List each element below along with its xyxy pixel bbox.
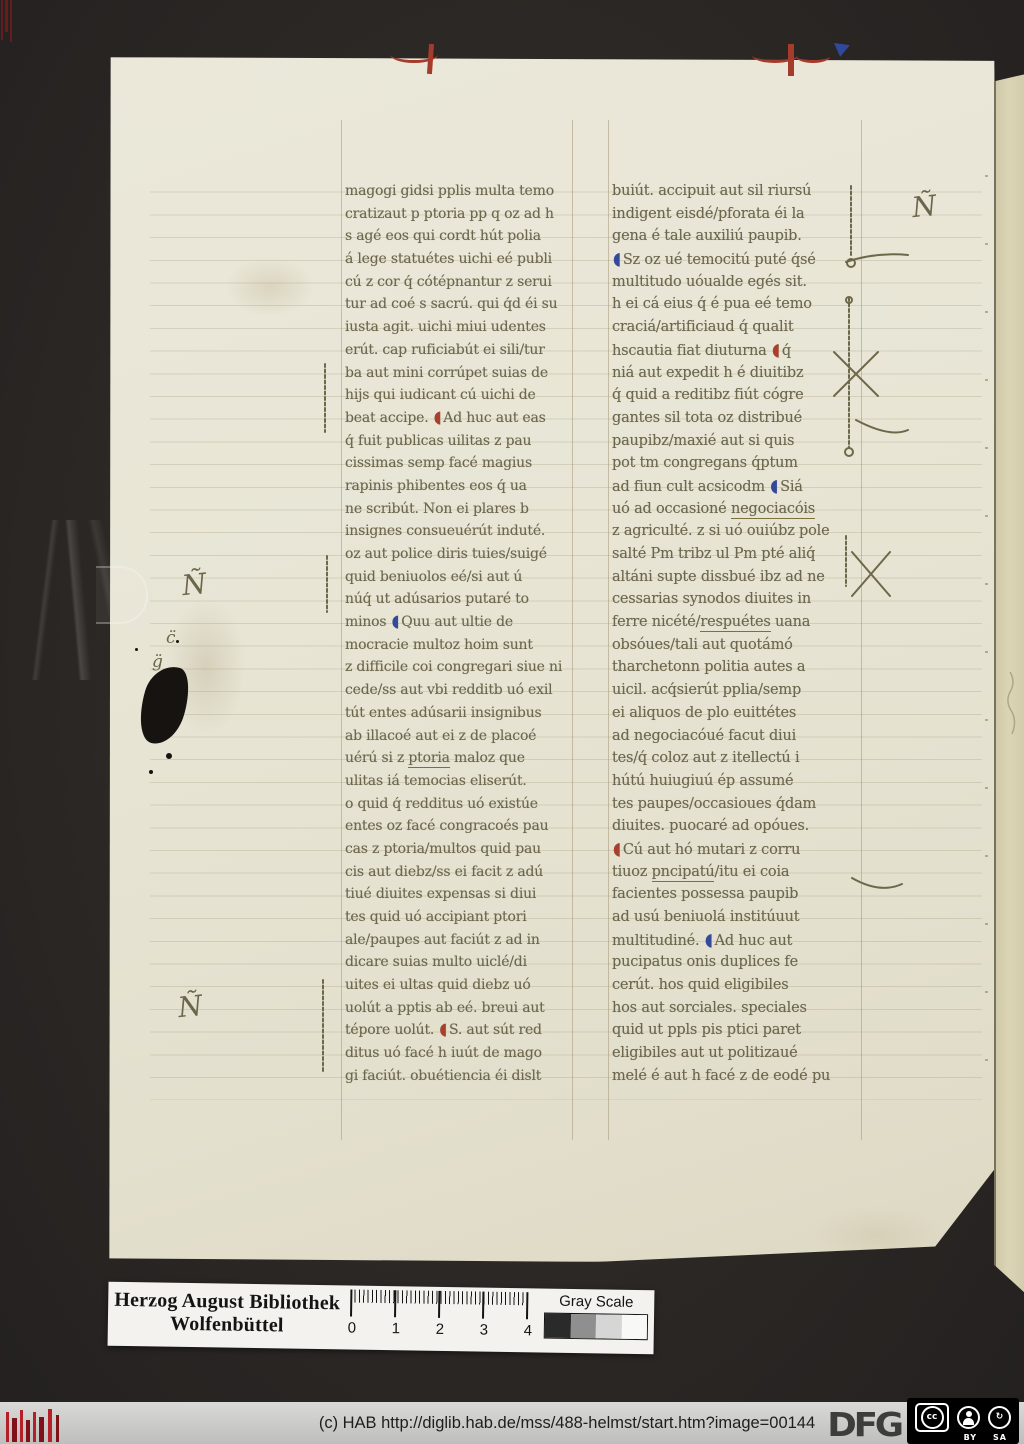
manuscript-text-line: tes paupes/occasioues q́dam — [612, 793, 864, 816]
manuscript-text-line: pot tm congregans q́ptum — [612, 452, 864, 475]
underlined-word: negociacóis — [731, 501, 815, 519]
ruler-major-tick — [526, 1292, 528, 1319]
manuscript-text-line: cas z ptoria/multos quid pau — [345, 838, 573, 861]
manuscript-text-line: mocracie multoz hoim sunt — [345, 634, 573, 657]
cc-license-badge: cc ↻ BY SA — [907, 1398, 1019, 1444]
parchment-stain — [225, 257, 315, 317]
manuscript-text-line: núq́ ut adúsarios putaré to — [345, 588, 573, 611]
gray-scale-label: Gray Scale — [538, 1292, 654, 1311]
manuscript-text-line: dicare suias multo uiclé/di — [345, 951, 573, 974]
manuscript-text-line: uicil. acq́sierút pplia/semp — [612, 679, 864, 702]
manuscript-text-line: tes/q́ coloz aut z itellectú i — [612, 747, 864, 770]
gray-patch — [621, 1315, 647, 1339]
copyright-url-text: (c) HAB http://diglib.hab.de/mss/488-hel… — [240, 1402, 894, 1444]
nota-mark-left-margin-lower: Ñ — [176, 989, 204, 1024]
ink-spot — [149, 770, 153, 774]
gray-scale-target: Gray Scale — [537, 1288, 654, 1354]
manuscript-text-line: ◖Sz oz ué temocitú puté q́sé — [612, 248, 864, 271]
manuscript-text-line: melé é aut h facé z de eodé pu — [612, 1065, 864, 1088]
ruler-major-tick — [350, 1290, 352, 1317]
manuscript-text-line: ad fiun cult acsicodm ◖Siá — [612, 475, 864, 498]
ruler-major-tick — [438, 1291, 440, 1318]
underlined-word: ptoria — [408, 750, 449, 768]
ruler-major-tick — [482, 1292, 484, 1319]
manuscript-text-line: s agé eos qui cordt hút polia — [345, 225, 573, 248]
red-paraph-mark: ◖ — [439, 1018, 447, 1044]
manuscript-text-line: craciá/artificiaud q́ qualit — [612, 316, 864, 339]
manuscript-text-line: q́ fuit publicas uilitas z pau — [345, 430, 573, 453]
manuscript-text-line: insignes consueuérút induté. — [345, 520, 573, 543]
manuscript-text-line: ad usú beniuolá institúuut — [612, 906, 864, 929]
gray-patch — [545, 1314, 571, 1338]
manuscript-text-line: tur ad coé s sacrú. qui q́d éi su — [345, 293, 573, 316]
manuscript-text-line: hscautia fiat diuturna ◖q́ — [612, 339, 864, 362]
blue-paraph-mark: ◖ — [392, 609, 400, 635]
manuscript-text-line: tiuoz pncipatú/itu ei coia — [612, 861, 864, 884]
manuscript-text-line: cissimas semp facé magius — [345, 452, 573, 475]
manuscript-text-line: hútú huiugiuú ép assumé — [612, 770, 864, 793]
manuscript-text-line: oz aut police diris tuies/suigé — [345, 543, 573, 566]
dfg-logo: DFG — [827, 1405, 900, 1444]
ruler-major-tick — [394, 1290, 396, 1317]
ink-spot — [166, 753, 172, 759]
blue-title-fragment-icon — [832, 43, 850, 58]
manuscript-text-line: gena é tale auxiliú paupib. — [612, 225, 864, 248]
manuscript-text-line: ditus uó facé h iuút de mago — [345, 1042, 573, 1065]
cc-sa-sharealike-icon: ↻ — [988, 1406, 1011, 1429]
manuscript-scan-photograph: magogi gidsi pplis multa temocratizaut p… — [0, 0, 1024, 1444]
manuscript-text-line: h ei cá eius q́ é pua eé temo — [612, 293, 864, 316]
manuscript-text-line: salté Pm tribz ul Pm pté aliq́ — [612, 543, 864, 566]
manuscript-text-line: uites ei ultas quid diebz uó — [345, 974, 573, 997]
underlined-word: pncipatú — [652, 864, 715, 882]
manuscript-text-line: tépore uolút. ◖S. aut sút red — [345, 1019, 573, 1042]
manuscript-text-line: cú z cor q́ cótépnantur z serui — [345, 271, 573, 294]
red-paraph-mark: ◖ — [772, 337, 780, 363]
ruler-number: 1 — [389, 1320, 403, 1337]
ruler-number: 0 — [345, 1319, 359, 1336]
manuscript-text-line: eligibiles aut ut politizaué — [612, 1042, 864, 1065]
manuscript-text-line: multitudiné. ◖Ad huc aut — [612, 929, 864, 952]
manuscript-text-line: ad negociacóué facut diui — [612, 725, 864, 748]
manuscript-text-line: iusta agit. uichi miui udentes — [345, 316, 573, 339]
marginal-gloss-letter: c̈ — [166, 628, 176, 648]
manuscript-text-line: ale/paupes aut faciút z ad in — [345, 929, 573, 952]
cc-sa-label: SA — [993, 1433, 1007, 1442]
manuscript-text-line: altáni supte dissbué ibz ad ne — [612, 566, 864, 589]
library-name-line2: Wolfenbüttel — [108, 1312, 346, 1339]
red-paraph-mark: ◖ — [434, 405, 442, 431]
manuscript-text-line: cratizaut p ptoria pp q oz ad h — [345, 203, 573, 226]
ruler-number: 4 — [521, 1322, 535, 1339]
cc-circle: cc — [921, 1406, 944, 1429]
nota-mark-right-margin: Ñ — [910, 189, 938, 224]
manuscript-text-line: quid beniuolos eé/si aut ú — [345, 566, 573, 589]
manuscript-text-line: hijs qui iudicant cú uichi de — [345, 384, 573, 407]
manuscript-text-line: q́ quid a reditibz fiút cógre — [612, 384, 864, 407]
manuscript-text-line: erút. cap ruficiabút ei sili/tur — [345, 339, 573, 362]
manuscript-text-line: tharchetonn politia autes a — [612, 656, 864, 679]
red-paraph-mark: ◖ — [613, 836, 621, 862]
cc-by-attribution-icon — [957, 1406, 980, 1429]
manuscript-text-line: z agriculté. z si uó ouiúbz pole — [612, 520, 864, 543]
manuscript-text-line: ulitas iá temocias eliserút. — [345, 770, 573, 793]
cc-logo-icon: cc — [915, 1403, 949, 1432]
manuscript-text-line: cerút. hos quid eligibiles — [612, 974, 864, 997]
nota-mark-left-margin-upper: Ñ — [180, 567, 208, 602]
manuscript-text-line: magogi gidsi pplis multa temo — [345, 180, 573, 203]
blue-paraph-mark: ◖ — [613, 246, 621, 272]
parchment-stain — [807, 1205, 947, 1265]
manuscript-text-line: indigent eisdé/pforata éi la — [612, 203, 864, 226]
manuscript-text-line: tes quid uó accipiant ptori — [345, 906, 573, 929]
manuscript-text-line: z difficile coi congregari siue ni — [345, 656, 573, 679]
gray-patch — [570, 1314, 596, 1338]
manuscript-text-line: ferre nicété/respuétes uana — [612, 611, 864, 634]
manuscript-text-line: ab illacoé aut ei z de placoé — [345, 725, 573, 748]
manuscript-text-line: o quid q́ redditus uó existúe — [345, 793, 573, 816]
manuscript-text-line: gantes sil tota oz distribué — [612, 407, 864, 430]
manuscript-text-line: buiút. accipuit aut sil riursú — [612, 180, 864, 203]
manuscript-text-line: cede/ss aut vbi redditb uó exil — [345, 679, 573, 702]
blue-paraph-mark: ◖ — [705, 927, 713, 953]
manuscript-text-line: diuites. puocaré ad opóues. — [612, 815, 864, 838]
manuscript-text-line: tiué diuites expensas si diui — [345, 883, 573, 906]
manuscript-text-line: niá aut expedit h é diuitibz — [612, 362, 864, 385]
manuscript-text-line: cis aut diebz/ss ei facit z adú — [345, 861, 573, 884]
manuscript-text-line: ne scribút. Non ei plares b — [345, 498, 573, 521]
ruler-number: 2 — [433, 1321, 447, 1338]
manuscript-text-line: beat accipe. ◖Ad huc aut eas — [345, 407, 573, 430]
calibration-card: Herzog August Bibliothek Wolfenbüttel 0 … — [108, 1282, 655, 1355]
manuscript-text-line: uérú si z ptoria maloz que — [345, 747, 573, 770]
blue-paraph-mark: ◖ — [770, 473, 778, 499]
text-column-right: buiút. accipuit aut sil riursúindigent e… — [612, 180, 864, 1088]
ruler-scale: 0 1 2 3 4 — [346, 1285, 539, 1352]
manuscript-text-line: uolút a pptis ab eé. breui aut — [345, 997, 573, 1020]
cc-icons-row: cc ↻ — [907, 1398, 1019, 1433]
manuscript-text-line: ba aut mini corrúpet suias de — [345, 362, 573, 385]
ruler-number: 3 — [477, 1322, 491, 1339]
text-column-left: magogi gidsi pplis multa temocratizaut p… — [345, 180, 573, 1088]
gray-scale-patches — [544, 1313, 648, 1341]
library-name-line1: Herzog August Bibliothek — [108, 1289, 346, 1316]
manuscript-text-line: ei aliquos de plo euittétes — [612, 702, 864, 725]
red-registration-barcode-icon — [6, 1408, 62, 1442]
manuscript-text-line: uó ad occasioné negociacóis — [612, 498, 864, 521]
manuscript-text-line: entes oz facé congracoés pau — [345, 815, 573, 838]
gray-patch — [596, 1314, 622, 1338]
manuscript-text-line: gi faciút. obuétiencia éi dislt — [345, 1065, 573, 1088]
library-name: Herzog August Bibliothek Wolfenbüttel — [108, 1282, 347, 1350]
registration-mark-top-left-icon — [1, 0, 13, 44]
manuscript-text-line: á lege statuétes uichi eé publi — [345, 248, 573, 271]
manuscript-text-line: ◖Cú aut hó mutari z corru — [612, 838, 864, 861]
manuscript-text-line: paupibz/maxié aut si quis — [612, 430, 864, 453]
footer-bar: (c) HAB http://diglib.hab.de/mss/488-hel… — [0, 1402, 1024, 1444]
manuscript-text-line: obsóues/tali aut quotámó — [612, 634, 864, 657]
underlined-word: respuétes — [700, 614, 770, 632]
page-holder-clamp — [96, 566, 148, 624]
manuscript-text-line: quid ut ppls pis ptici paret — [612, 1019, 864, 1042]
manuscript-text-line: facientes possessa paupib — [612, 883, 864, 906]
manuscript-text-line: cessarias synodos diuites in — [612, 588, 864, 611]
manuscript-text-line: hos aut sorciales. speciales — [612, 997, 864, 1020]
book-fore-edge-strip — [994, 74, 1024, 1294]
cc-labels-row: BY SA — [907, 1433, 1019, 1442]
manuscript-text-line: rapinis phibentes eos q́ ua — [345, 475, 573, 498]
manuscript-text-line: pucipatus onis duplices fe — [612, 951, 864, 974]
ink-spot — [176, 640, 179, 643]
ink-spot — [135, 648, 138, 651]
cc-by-label: BY — [964, 1433, 977, 1442]
manuscript-text-line: minos ◖Quu aut ultie de — [345, 611, 573, 634]
manuscript-text-line: multitudo uóualde egés sit. — [612, 271, 864, 294]
manuscript-text-line: tút entes adúsarii insignibus — [345, 702, 573, 725]
